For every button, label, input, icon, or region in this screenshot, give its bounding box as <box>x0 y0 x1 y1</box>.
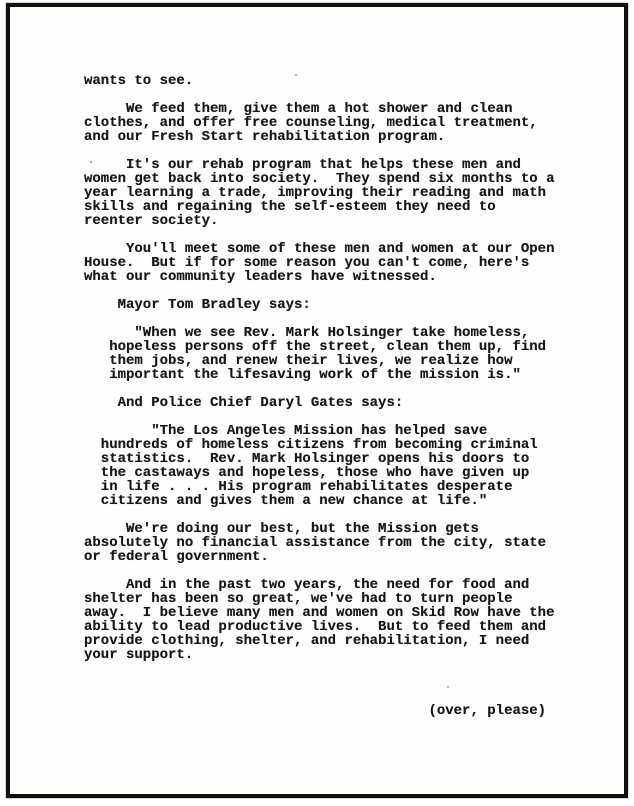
letter-line: And in the past two years, the need for … <box>84 578 554 592</box>
letter-line: your support. <box>84 648 554 662</box>
letter-line <box>84 88 554 102</box>
letter-line: statistics. Rev. Mark Holsinger opens hi… <box>84 452 554 466</box>
letter-line: Mayor Tom Bradley says: <box>84 298 554 312</box>
letter-line <box>84 676 554 690</box>
letter-line: clothes, and offer free counseling, medi… <box>84 116 554 130</box>
letter-line: women get back into society. They spend … <box>84 172 554 186</box>
letter-line: ability to lead productive lives. But to… <box>84 620 554 634</box>
letter-line: wants to see. <box>84 74 554 88</box>
letter-line <box>84 228 554 242</box>
letter-line: and our Fresh Start rehabilitation progr… <box>84 130 554 144</box>
letter-line: "The Los Angeles Mission has helped save <box>84 424 554 438</box>
letter-line <box>84 284 554 298</box>
scan-speck <box>295 74 297 76</box>
letter-line: reenter society. <box>84 214 554 228</box>
letter-line: citizens and gives them a new chance at … <box>84 494 554 508</box>
letter-line: absolutely no financial assistance from … <box>84 536 554 550</box>
letter-line: year learning a trade, improving their r… <box>84 186 554 200</box>
letter-line: hundreds of homeless citizens from becom… <box>84 438 554 452</box>
letter-line: House. But if for some reason you can't … <box>84 256 554 270</box>
letter-line: It's our rehab program that helps these … <box>84 158 554 172</box>
letter-line <box>84 312 554 326</box>
letter-line: "When we see Rev. Mark Holsinger take ho… <box>84 326 554 340</box>
letter-line: We're doing our best, but the Mission ge… <box>84 522 554 536</box>
letter-line: the castaways and hopeless, those who ha… <box>84 466 554 480</box>
letter-line <box>84 662 554 676</box>
letter-line <box>84 410 554 424</box>
letter-line: You'll meet some of these men and women … <box>84 242 554 256</box>
letter-line: (over, please) <box>84 704 554 718</box>
letter-line <box>84 564 554 578</box>
letter-line: them jobs, and renew their lives, we rea… <box>84 354 554 368</box>
letter-line: shelter has been so great, we've had to … <box>84 592 554 606</box>
letter-body: wants to see. We feed them, give them a … <box>84 74 554 718</box>
page-border-frame: wants to see. We feed them, give them a … <box>6 3 628 798</box>
letter-line: hopeless persons off the street, clean t… <box>84 340 554 354</box>
letter-line: skills and regaining the self-esteem the… <box>84 200 554 214</box>
letter-line: And Police Chief Daryl Gates says: <box>84 396 554 410</box>
letter-line <box>84 144 554 158</box>
letter-line: away. I believe many men and women on Sk… <box>84 606 554 620</box>
scan-speck <box>90 161 92 163</box>
scan-speck <box>447 686 449 688</box>
letter-line: provide clothing, shelter, and rehabilit… <box>84 634 554 648</box>
scanned-letter-page: wants to see. We feed them, give them a … <box>0 0 634 806</box>
letter-line: what our community leaders have witnesse… <box>84 270 554 284</box>
letter-line <box>84 690 554 704</box>
letter-line: We feed them, give them a hot shower and… <box>84 102 554 116</box>
letter-line: in life . . . His program rehabilitates … <box>84 480 554 494</box>
letter-line <box>84 508 554 522</box>
letter-line: or federal government. <box>84 550 554 564</box>
letter-line <box>84 382 554 396</box>
letter-line: important the lifesaving work of the mis… <box>84 368 554 382</box>
